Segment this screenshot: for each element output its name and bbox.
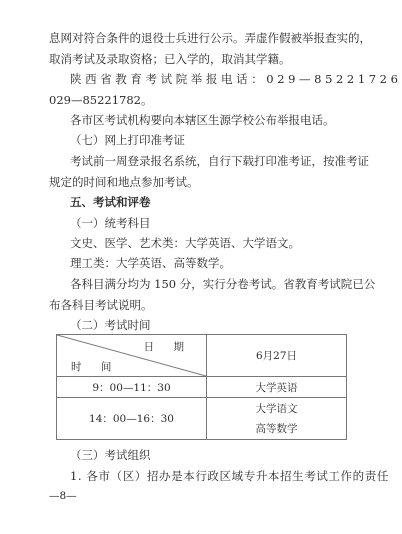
paragraph-line: 规定的时间和地点参加考试。 — [49, 175, 199, 189]
subsection-heading: （七）网上打印准考证 — [70, 133, 185, 147]
time-cell: 9：00—11：30 — [57, 377, 207, 398]
subsection-heading: （一）统考科目 — [70, 216, 151, 230]
paragraph-line: 各科目满分均为 150 分，实行分卷考试。省教育考试院已公 — [70, 277, 375, 291]
diagonal-header-cell: 日 期 时 间 — [57, 335, 207, 377]
date-cell: 6月27日 — [207, 335, 347, 377]
time-cell: 14：00—16：30 — [57, 398, 207, 440]
paragraph-line: 文史、医学、艺术类：大学英语、大学语文。 — [70, 236, 300, 250]
paragraph-line: 理工类：大学英语、高等数学。 — [70, 256, 231, 270]
exam-schedule-table: 日 期 时 间 6月27日 9：00—11：30 大学英语 14：00—16：3… — [56, 334, 347, 440]
paragraph-line: 1. 各市（区）招办是本行政区域专升本招生考试工作的责任 — [70, 469, 389, 483]
paragraph-line: 息网对符合条件的退役士兵进行公示。弄虚作假被举报查实的， — [49, 31, 371, 45]
time-header: 时 间 — [71, 359, 119, 374]
date-header: 日 期 — [144, 339, 192, 354]
paragraph-line: 考试前一周登录报名系统，自行下载打印准考证，按准考证 — [70, 154, 369, 168]
subject-name: 高等数学 — [207, 419, 346, 439]
subsection-heading: （三）考试组织 — [70, 448, 151, 462]
hotline-line: 029—85221782。 — [49, 93, 152, 107]
subject-name: 大学语文 — [207, 399, 346, 419]
subsection-heading: （二）考试时间 — [70, 318, 151, 332]
subject-cell: 大学英语 — [207, 377, 347, 398]
paragraph-line: 取消考试及录取资格；已入学的，取消其学籍。 — [49, 52, 291, 66]
page-number: —8— — [49, 490, 77, 502]
hotline-line: 陕西省教育考试院举报电话：029—85221726， — [70, 72, 402, 86]
paragraph-line: 布各科目考试说明。 — [49, 298, 153, 312]
section-heading: 五、考试和评卷 — [70, 195, 151, 209]
paragraph-line: 各市区考试机构要向本辖区生源学校公布举报电话。 — [70, 113, 335, 127]
subject-cell: 大学语文 高等数学 — [207, 398, 347, 440]
